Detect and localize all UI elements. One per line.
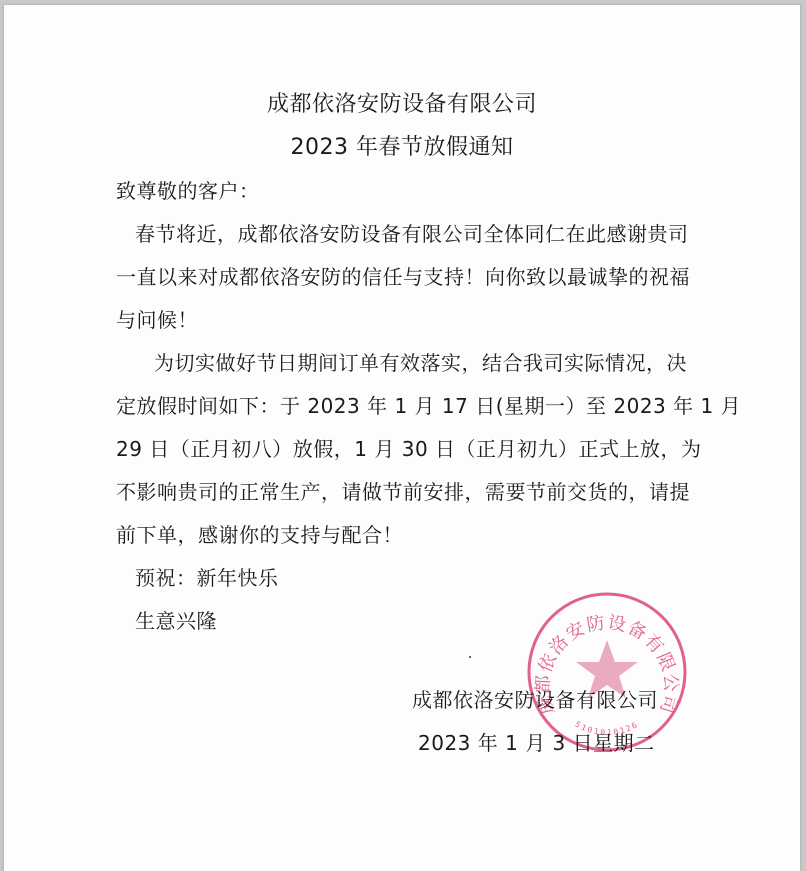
signature-date: 2023 年 1 月 3 日星期二	[418, 731, 655, 755]
document-page: 成都依洛安防设备有限公司 2023 年春节放假通知 致尊敬的客户： 春节将近，成…	[4, 5, 800, 871]
company-seal-stamp: 成都依洛安防设备有限公司 5101010126	[525, 590, 689, 754]
document-subtitle: 2023 年春节放假通知	[4, 135, 800, 161]
paragraph1-line2: 一直以来对成都依洛安防的信任与支持！向你致以最诚挚的祝福	[116, 265, 690, 289]
paragraph2-line3: 29 日（正月初八）放假，1 月 30 日（正月初九）正式上放，为	[116, 437, 702, 461]
wishes-line2: 生意兴隆	[135, 609, 217, 633]
signature-company: 成都依洛安防设备有限公司	[412, 688, 658, 712]
paragraph1-line3: 与问候！	[116, 308, 198, 332]
paragraph1-line1: 春节将近，成都依洛安防设备有限公司全体同仁在此感谢贵司	[135, 222, 689, 246]
paragraph2-line1: 为切实做好节日期间订单有效落实，结合我司实际情况，决	[154, 351, 687, 375]
paragraph2-line2: 定放假时间如下：于 2023 年 1 月 17 日(星期一）至 2023 年 1…	[116, 394, 741, 418]
paragraph2-line4: 不影响贵司的正常生产，请做节前安排，需要节前交货的，请提	[116, 480, 690, 504]
wishes-line1: 预祝：新年快乐	[135, 566, 279, 590]
paragraph2-line5: 前下单，感谢你的支持与配合！	[116, 523, 403, 547]
stray-dot	[469, 656, 471, 658]
salutation: 致尊敬的客户：	[116, 179, 260, 203]
document-title: 成都依洛安防设备有限公司	[4, 92, 800, 118]
